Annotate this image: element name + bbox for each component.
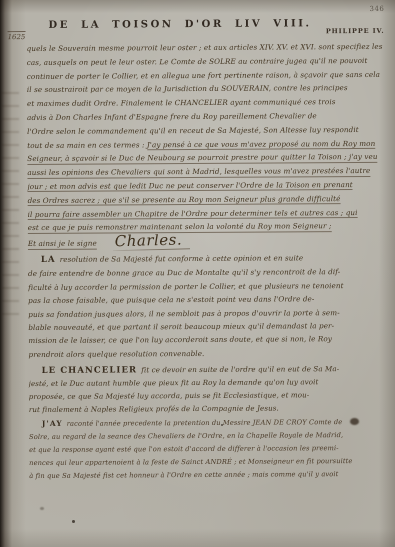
manuscript-line: il pourra faire assembler un Chapitre de… bbox=[28, 205, 392, 221]
running-header: PHILIPPE IV. bbox=[326, 27, 385, 35]
manuscript-line: rut finalement à Naples Religieux profés… bbox=[29, 402, 393, 417]
signature-charles: Charles. bbox=[113, 233, 191, 251]
paragraph-initial: J'AY bbox=[42, 419, 63, 428]
paragraph-chancelier: LE CHANCELIERfit ce devoir en suite de l… bbox=[29, 363, 393, 417]
manuscript-line: il se soustrairoit par ce moyen de la Ju… bbox=[27, 81, 391, 97]
signature-line: Et ainsi je le signeCharles. bbox=[28, 233, 392, 251]
manuscript-line: nences qui leur appartenoient à la feste… bbox=[29, 455, 393, 470]
paragraph-main: quels le Souverain mesme pourroit leur o… bbox=[27, 40, 392, 251]
manuscript-line: à fin que Sa Majesté fist cet honneur à … bbox=[29, 467, 393, 482]
folio-number: 346 bbox=[369, 5, 384, 13]
paragraph-croy: J'AYraconté l'année precedente la preten… bbox=[29, 416, 393, 483]
letter-intro: tout de sa main en ces termes : bbox=[27, 140, 147, 150]
chapter-title: DE LA TOISON D'OR LIV VIII. bbox=[48, 18, 311, 31]
paragraph-initial: LE CHANCELIER bbox=[42, 365, 138, 376]
page-content: 346 DE LA TOISON D'OR LIV VIII. PHILIPPE… bbox=[0, 0, 395, 547]
manuscript-line: puis sa fondation jusques alors, il ne s… bbox=[28, 305, 392, 321]
manuscript-line: prendroit alors quelque resolution conve… bbox=[28, 346, 392, 362]
paragraph-resolution: LAresolution de Sa Majesté fut conforme … bbox=[28, 251, 393, 361]
manuscript-line: ficulté à luy accorder la permission de … bbox=[28, 279, 392, 295]
manuscript-page: 346 DE LA TOISON D'OR LIV VIII. PHILIPPE… bbox=[0, 0, 395, 547]
letter-quote-start: J'ay pensé à ce que vous m'avez proposé … bbox=[147, 138, 375, 150]
letter-closing: Et ainsi je le signe bbox=[28, 239, 97, 250]
manuscript-line: LE CHANCELIERfit ce devoir en suite de l… bbox=[29, 363, 393, 378]
margin-year: 1625 bbox=[8, 31, 26, 41]
paragraph-initial: LA bbox=[41, 255, 56, 265]
